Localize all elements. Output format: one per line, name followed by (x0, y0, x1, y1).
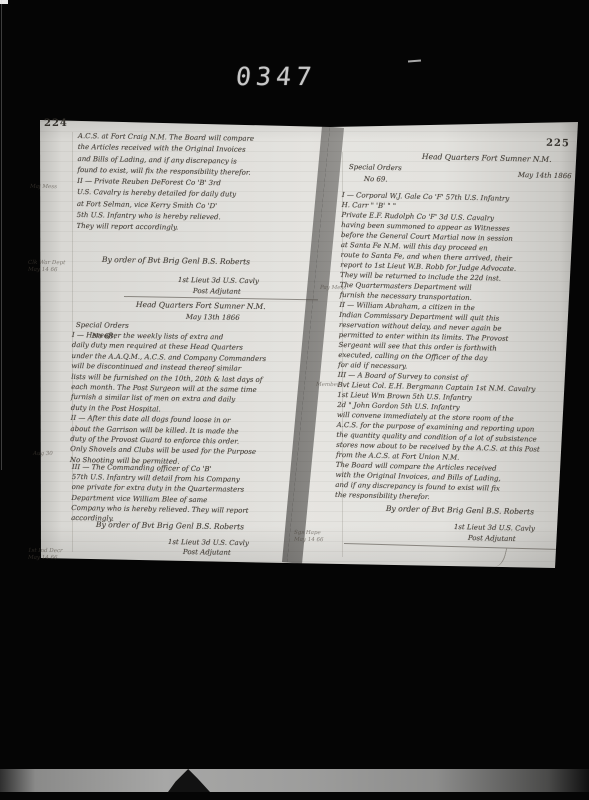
margin-note: Maj Mess (30, 184, 57, 191)
microfilm-photo-background: 0347 224 Maj Mess Clk War Dept May 14 66… (0, 0, 589, 800)
film-scratch-mark (408, 60, 421, 63)
order68-body-2: III — The Commanding officer of Co 'B' 5… (71, 462, 328, 527)
signature-line: Post Adjutant (468, 533, 516, 544)
signature-line: 1st Lieut 3d U.S. Cavly (454, 522, 535, 534)
order68-heading-place: Head Quarters Fort Sumner N.M. (136, 300, 266, 312)
signature-line: Post Adjutant (183, 547, 231, 558)
order68-body-1: I — Hereafter the weekly lists of extra … (70, 330, 328, 469)
signature-line: Post Adjutant (193, 286, 241, 297)
margin-note: Sgs Hape May 14 66 (294, 530, 324, 544)
microfilm-frame-number: 0347 (234, 62, 317, 91)
margin-note: Member (316, 382, 340, 389)
order69-heading-date: May 14th 1866 (518, 170, 572, 182)
margin-note: Clk War Dept May 14 66 (28, 260, 65, 274)
ledger-book-spread: 224 Maj Mess Clk War Dept May 14 66 Aug … (28, 112, 588, 582)
scanner-bed-strip (0, 769, 589, 792)
page-number-left: 224 (44, 118, 68, 129)
order69-number: No 69. (364, 174, 388, 185)
order69-body: I — Corporal W.J. Gale Co 'F' 57th U.S. … (335, 190, 580, 505)
margin-note: 1st Ind Decr May 14 66 (28, 548, 63, 562)
order-entry-continuation: A.C.S. at Fort Craig N.M. The Board will… (76, 131, 324, 237)
order68-heading-date: May 13th 1866 (186, 312, 240, 323)
film-edge-line (1, 0, 2, 470)
signature-line: 1st Lieut 3d U.S. Cavly (178, 275, 259, 287)
margin-note: Aug 30 (33, 451, 53, 458)
page-number-right: 225 (546, 138, 570, 149)
order69-label: Special Orders (349, 162, 402, 173)
